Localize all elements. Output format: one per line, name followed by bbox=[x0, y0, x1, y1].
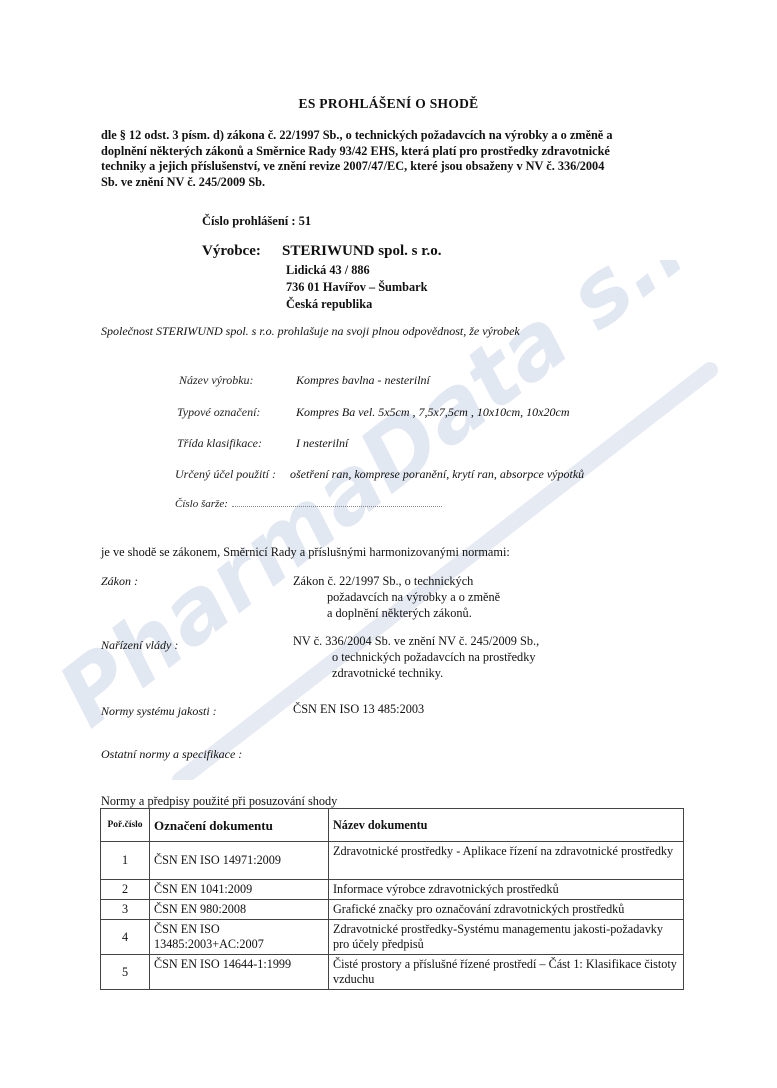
batch-number-blank bbox=[232, 497, 442, 507]
address-line: Česká republika bbox=[286, 296, 427, 313]
gov-regulation-label: Nařízení vlády : bbox=[101, 638, 178, 653]
table-header-row: Poř.číslo Označení dokumentu Název dokum… bbox=[101, 809, 684, 842]
intro-paragraph: dle § 12 odst. 3 písm. d) zákona č. 22/1… bbox=[101, 128, 691, 190]
cell-number: 5 bbox=[101, 955, 150, 990]
norms-table-caption: Normy a předpisy použité při posuzování … bbox=[101, 794, 337, 809]
gov-line: NV č. 336/2004 Sb. ve znění NV č. 245/20… bbox=[293, 633, 539, 649]
column-header-number: Poř.číslo bbox=[101, 809, 150, 842]
cell-number: 3 bbox=[101, 900, 150, 920]
product-class-label: Třída klasifikace: bbox=[177, 436, 262, 451]
product-type-value: Kompres Ba vel. 5x5cm , 7,5x7,5cm , 10x1… bbox=[296, 405, 569, 420]
cell-name: Zdravotnické prostředky - Aplikace řízen… bbox=[329, 842, 684, 880]
cell-name: Grafické značky pro označování zdravotni… bbox=[329, 900, 684, 920]
batch-number-label: Číslo šarže: bbox=[175, 498, 228, 510]
cell-number: 2 bbox=[101, 880, 150, 900]
law-value: Zákon č. 22/1997 Sb., o technických poža… bbox=[293, 573, 500, 621]
law-line: a doplnění některých zákonů. bbox=[293, 605, 500, 621]
column-header-name: Název dokumentu bbox=[329, 809, 684, 842]
product-type-label: Typové označení: bbox=[177, 405, 260, 420]
other-norms-label: Ostatní normy a specifikace : bbox=[101, 747, 242, 762]
cell-code: ČSN EN 1041:2009 bbox=[150, 880, 329, 900]
manufacturer-label: Výrobce: bbox=[202, 243, 261, 260]
quality-norms-value: ČSN EN ISO 13 485:2003 bbox=[293, 701, 424, 717]
column-header-code: Označení dokumentu bbox=[150, 809, 329, 842]
gov-regulation-value: NV č. 336/2004 Sb. ve znění NV č. 245/20… bbox=[293, 633, 539, 681]
cell-code: ČSN EN ISO 14644-1:1999 bbox=[150, 955, 329, 990]
cell-name: Čisté prostory a příslušné řízené prostř… bbox=[329, 955, 684, 990]
product-name-value: Kompres bavlna - nesterilní bbox=[296, 373, 430, 388]
manufacturer-address: Lidická 43 / 886 736 01 Havířov – Šumbar… bbox=[286, 262, 427, 313]
law-label: Zákon : bbox=[101, 574, 138, 589]
cell-code: ČSN EN ISO 13485:2003+AC:2007 bbox=[150, 920, 329, 955]
conformity-statement: je ve shodě se zákonem, Směrnicí Rady a … bbox=[101, 545, 510, 560]
gov-line: o technických požadavcích na prostředky bbox=[293, 649, 539, 665]
batch-number-field: Číslo šarže: bbox=[175, 497, 442, 510]
table-row: 5 ČSN EN ISO 14644-1:1999 Čisté prostory… bbox=[101, 955, 684, 990]
product-name-label: Název výrobku: bbox=[179, 373, 254, 388]
manufacturer-name: STERIWUND spol. s r.o. bbox=[282, 243, 442, 260]
intro-line: Sb. ve znění NV č. 245/2009 Sb. bbox=[101, 175, 691, 191]
address-line: 736 01 Havířov – Šumbark bbox=[286, 279, 427, 296]
cell-name: Informace výrobce zdravotnických prostře… bbox=[329, 880, 684, 900]
cell-code: ČSN EN 980:2008 bbox=[150, 900, 329, 920]
product-purpose-value: ošetření ran, komprese poranění, krytí r… bbox=[290, 467, 584, 482]
cell-number: 4 bbox=[101, 920, 150, 955]
declaration-number: Číslo prohlášení : 51 bbox=[202, 214, 311, 229]
intro-line: doplnění některých zákonů a Směrnice Rad… bbox=[101, 144, 691, 160]
law-line: Zákon č. 22/1997 Sb., o technických bbox=[293, 573, 500, 589]
intro-line: techniky a jejich příslušenství, ve zněn… bbox=[101, 159, 691, 175]
product-class-value: I nesterilní bbox=[296, 436, 348, 451]
address-line: Lidická 43 / 886 bbox=[286, 262, 427, 279]
law-line: požadavcích na výrobky a o změně bbox=[293, 589, 500, 605]
table-row: 3 ČSN EN 980:2008 Grafické značky pro oz… bbox=[101, 900, 684, 920]
gov-line: zdravotnické techniky. bbox=[293, 665, 539, 681]
cell-name: Zdravotnické prostředky-Systému manageme… bbox=[329, 920, 684, 955]
cell-code: ČSN EN ISO 14971:2009 bbox=[150, 842, 329, 880]
table-row: 4 ČSN EN ISO 13485:2003+AC:2007 Zdravotn… bbox=[101, 920, 684, 955]
table-row: 1 ČSN EN ISO 14971:2009 Zdravotnické pro… bbox=[101, 842, 684, 880]
norms-table: Poř.číslo Označení dokumentu Název dokum… bbox=[100, 808, 684, 990]
intro-line: dle § 12 odst. 3 písm. d) zákona č. 22/1… bbox=[101, 128, 691, 144]
table-row: 2 ČSN EN 1041:2009 Informace výrobce zdr… bbox=[101, 880, 684, 900]
quality-norms-label: Normy systému jakosti : bbox=[101, 704, 217, 719]
cell-number: 1 bbox=[101, 842, 150, 880]
document-title: ES PROHLÁŠENÍ O SHODĚ bbox=[0, 96, 777, 112]
responsibility-statement: Společnost STERIWUND spol. s r.o. prohla… bbox=[101, 324, 520, 339]
product-purpose-label: Určený účel použití : bbox=[175, 467, 276, 482]
